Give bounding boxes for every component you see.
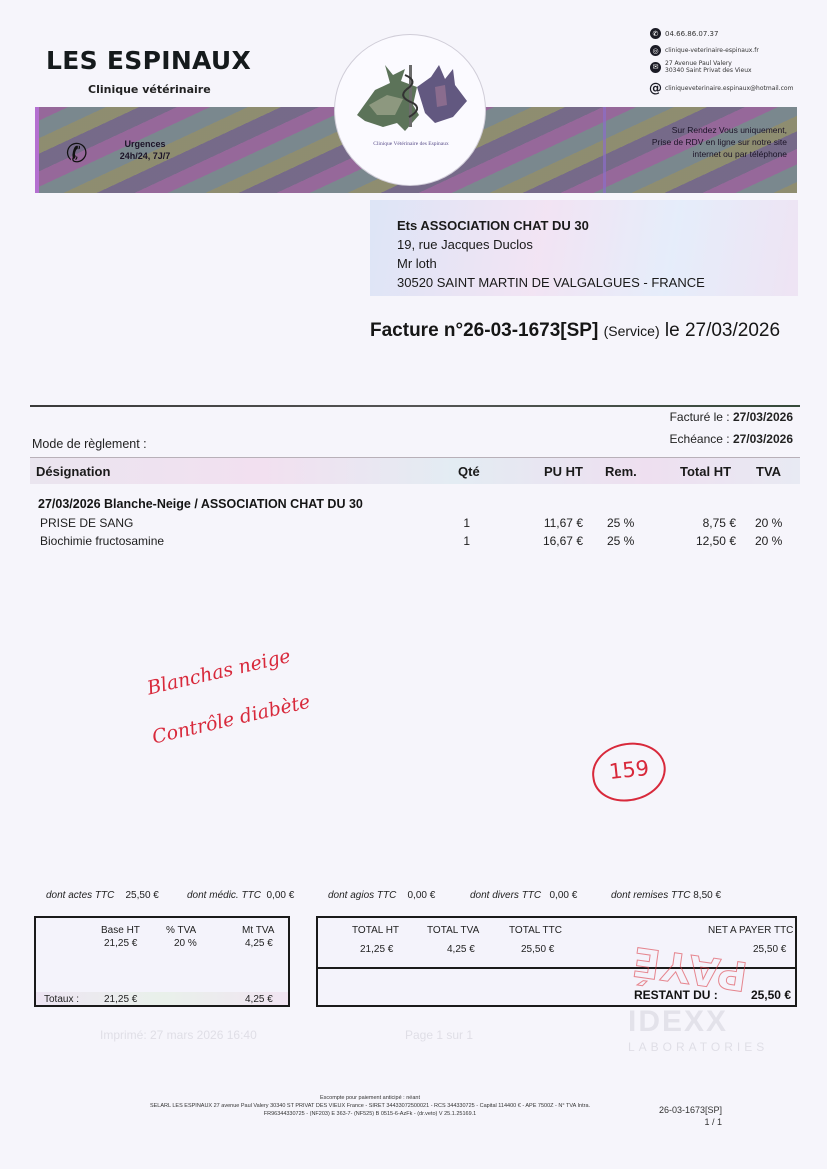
base-ht-value: 21,25 €: [104, 938, 137, 949]
total-tva-label: TOTAL TVA: [427, 925, 479, 936]
facture-le-value: 27/03/2026: [733, 410, 793, 424]
invoice-number: Facture n°26-03-1673[SP]: [370, 320, 598, 341]
breakdown-agios: dont agios TTC 0,00 €: [328, 890, 435, 901]
medic-label: dont médic. TTC: [187, 890, 261, 901]
breakdown-medic: dont médic. TTC 0,00 €: [187, 890, 294, 901]
globe-icon: ◎: [650, 45, 661, 56]
pct-tva-label: % TVA: [166, 925, 196, 936]
agios-label: dont agios TTC: [328, 890, 396, 901]
invoice-date: le 27/03/2026: [665, 320, 780, 341]
divers-value: 0,00 €: [549, 890, 577, 901]
cell-designation: Biochimie fructosamine: [40, 534, 164, 548]
base-ht-label: Base HT: [101, 925, 140, 936]
total-ht-label: TOTAL HT: [352, 925, 399, 936]
net-a-payer-value: 25,50 €: [753, 944, 786, 955]
address-line1: 27 Avenue Paul Valery: [665, 60, 752, 67]
col-qty: Qté: [458, 464, 480, 479]
agios-value: 0,00 €: [408, 890, 436, 901]
urgences-line2: 24h/24, 7J/7: [110, 150, 180, 162]
mt-tva-value: 4,25 €: [245, 938, 273, 949]
mail-icon: ✉: [650, 62, 661, 73]
urgences-line1: Urgences: [110, 138, 180, 150]
brand-subtitle: Clinique vétérinaire: [88, 83, 211, 96]
totaux-tva-value: 4,25 €: [245, 994, 273, 1005]
client-street: 19, rue Jacques Duclos: [397, 235, 705, 254]
total-ht-value: 21,25 €: [360, 944, 393, 955]
totaux-label: Totaux :: [44, 994, 79, 1005]
cell-rem: 25 %: [607, 516, 634, 530]
cell-tva: 20 %: [755, 534, 782, 548]
cell-qty: 1: [463, 534, 470, 548]
mt-tva-label: Mt TVA: [242, 925, 274, 936]
cell-tva: 20 %: [755, 516, 782, 530]
bleed-lab-sub: LABORATORIES: [628, 1040, 768, 1054]
invoice-type: (Service): [604, 323, 660, 339]
cell-pu-ht: 11,67 €: [544, 516, 583, 530]
footer-reference: 26-03-1673[SP] 1 / 1: [648, 1104, 722, 1128]
col-rem: Rem.: [605, 464, 637, 479]
cell-total-ht: 12,50 €: [696, 534, 736, 548]
breakdown-divers: dont divers TTC 0,00 €: [470, 890, 577, 901]
pct-tva-value: 20 %: [174, 938, 197, 949]
actes-value: 25,50 €: [125, 890, 158, 901]
urgences-text: Urgences 24h/24, 7J/7: [110, 138, 180, 162]
cell-qty: 1: [463, 516, 470, 530]
handwritten-note-1: Blanchas neige: [145, 645, 293, 699]
rdv-line3: internet ou par téléphone: [600, 148, 787, 160]
totaux-base-value: 21,25 €: [104, 994, 137, 1005]
clinic-logo: Clinique Vétérinaire des Espinaux: [334, 34, 486, 186]
facture-le: Facturé le : 27/03/2026: [670, 410, 793, 424]
contact-address: ✉ 27 Avenue Paul Valery 30340 Saint Priv…: [650, 60, 752, 74]
footer-legal: Escompte pour paiement anticipé : néant …: [100, 1094, 640, 1118]
cell-designation: PRISE DE SANG: [40, 516, 133, 530]
restant-du-value: 25,50 €: [751, 988, 791, 1002]
bleed-lab-logo: IDEXX: [628, 1005, 728, 1039]
breakdown-remises: dont remises TTC 8,50 €: [611, 890, 721, 901]
echeance-label: Echéance :: [670, 432, 730, 446]
rdv-line1: Sur Rendez Vous uniquement,: [600, 124, 787, 136]
rdv-text: Sur Rendez Vous uniquement, Prise de RDV…: [600, 124, 787, 160]
footer-legal-line1: SELARL LES ESPINAUX 27 avenue Paul Valer…: [100, 1102, 640, 1110]
brand-name: LES ESPINAUX: [46, 46, 251, 75]
footer-legal-line2: FR96344330725 - (NF203) E 363-7- (NF525)…: [100, 1110, 640, 1118]
total-tva-value: 4,25 €: [447, 944, 475, 955]
col-pu-ht: PU HT: [544, 464, 583, 479]
facture-le-label: Facturé le :: [670, 410, 730, 424]
contact-email: @ cliniqueveterinaire.espinaux@hotmail.c…: [650, 83, 793, 94]
actes-label: dont actes TTC: [46, 890, 114, 901]
bleed-printed: Imprimé: 27 mars 2026 16:40: [100, 1028, 257, 1042]
remises-value: 8,50 €: [693, 890, 721, 901]
banner-edge: [35, 107, 39, 193]
contact-email-text: cliniqueveterinaire.espinaux@hotmail.com: [665, 85, 793, 92]
group-title: 27/03/2026 Blanche-Neige / ASSOCIATION C…: [38, 497, 363, 511]
restant-du-label: RESTANT DU :: [634, 988, 718, 1002]
contact-website-text: clinique-veterinaire-espinaux.fr: [665, 47, 759, 54]
col-designation: Désignation: [36, 464, 110, 479]
handwritten-note-2: Contrôle diabète: [150, 691, 312, 749]
cell-rem: 25 %: [607, 534, 634, 548]
total-ttc-value: 25,50 €: [521, 944, 554, 955]
footer-page-number: 1 / 1: [648, 1116, 722, 1128]
cell-pu-ht: 16,67 €: [543, 534, 583, 548]
client-contact: Mr loth: [397, 254, 705, 273]
echeance-value: 27/03/2026: [733, 432, 793, 446]
col-total-ht: Total HT: [680, 464, 731, 479]
echeance: Echéance : 27/03/2026: [670, 432, 793, 446]
bleed-page: Page 1 sur 1: [405, 1028, 473, 1042]
invoice-title: Facture n°26-03-1673[SP] (Service) le 27…: [370, 320, 780, 342]
client-city: 30520 SAINT MARTIN DE VALGALGUES - FRANC…: [397, 273, 705, 292]
contact-website: ◎ clinique-veterinaire-espinaux.fr: [650, 45, 759, 56]
col-tva: TVA: [756, 464, 781, 479]
medic-value: 0,00 €: [266, 890, 294, 901]
footer-invoice-ref: 26-03-1673[SP]: [648, 1104, 722, 1116]
animals-logo-icon: [335, 35, 487, 187]
total-ttc-label: TOTAL TTC: [509, 925, 562, 936]
logo-caption: Clinique Vétérinaire des Espinaux: [335, 141, 487, 147]
cell-total-ht: 8,75 €: [703, 516, 736, 530]
divers-label: dont divers TTC: [470, 890, 541, 901]
divider: [30, 405, 800, 407]
client-name: Ets ASSOCIATION CHAT DU 30: [397, 216, 705, 235]
contact-phone: ✆ 04.66.86.07.37: [650, 28, 718, 39]
at-icon: @: [650, 83, 661, 94]
breakdown-actes: dont actes TTC 25,50 €: [46, 890, 159, 901]
footer-escompte: Escompte pour paiement anticipé : néant: [100, 1094, 640, 1102]
remises-label: dont remises TTC: [611, 890, 690, 901]
handwritten-number: 159: [608, 756, 650, 784]
phone-icon: ✆: [650, 28, 661, 39]
address-line2: 30340 Saint Privat des Vieux: [665, 67, 752, 74]
mode-reglement-label: Mode de règlement :: [32, 437, 147, 451]
client-address: Ets ASSOCIATION CHAT DU 30 19, rue Jacqu…: [397, 216, 705, 292]
rdv-line2: Prise de RDV en ligne sur notre site: [600, 136, 787, 148]
net-a-payer-label: NET A PAYER TTC: [708, 925, 793, 936]
contact-phone-text: 04.66.86.07.37: [665, 30, 718, 38]
